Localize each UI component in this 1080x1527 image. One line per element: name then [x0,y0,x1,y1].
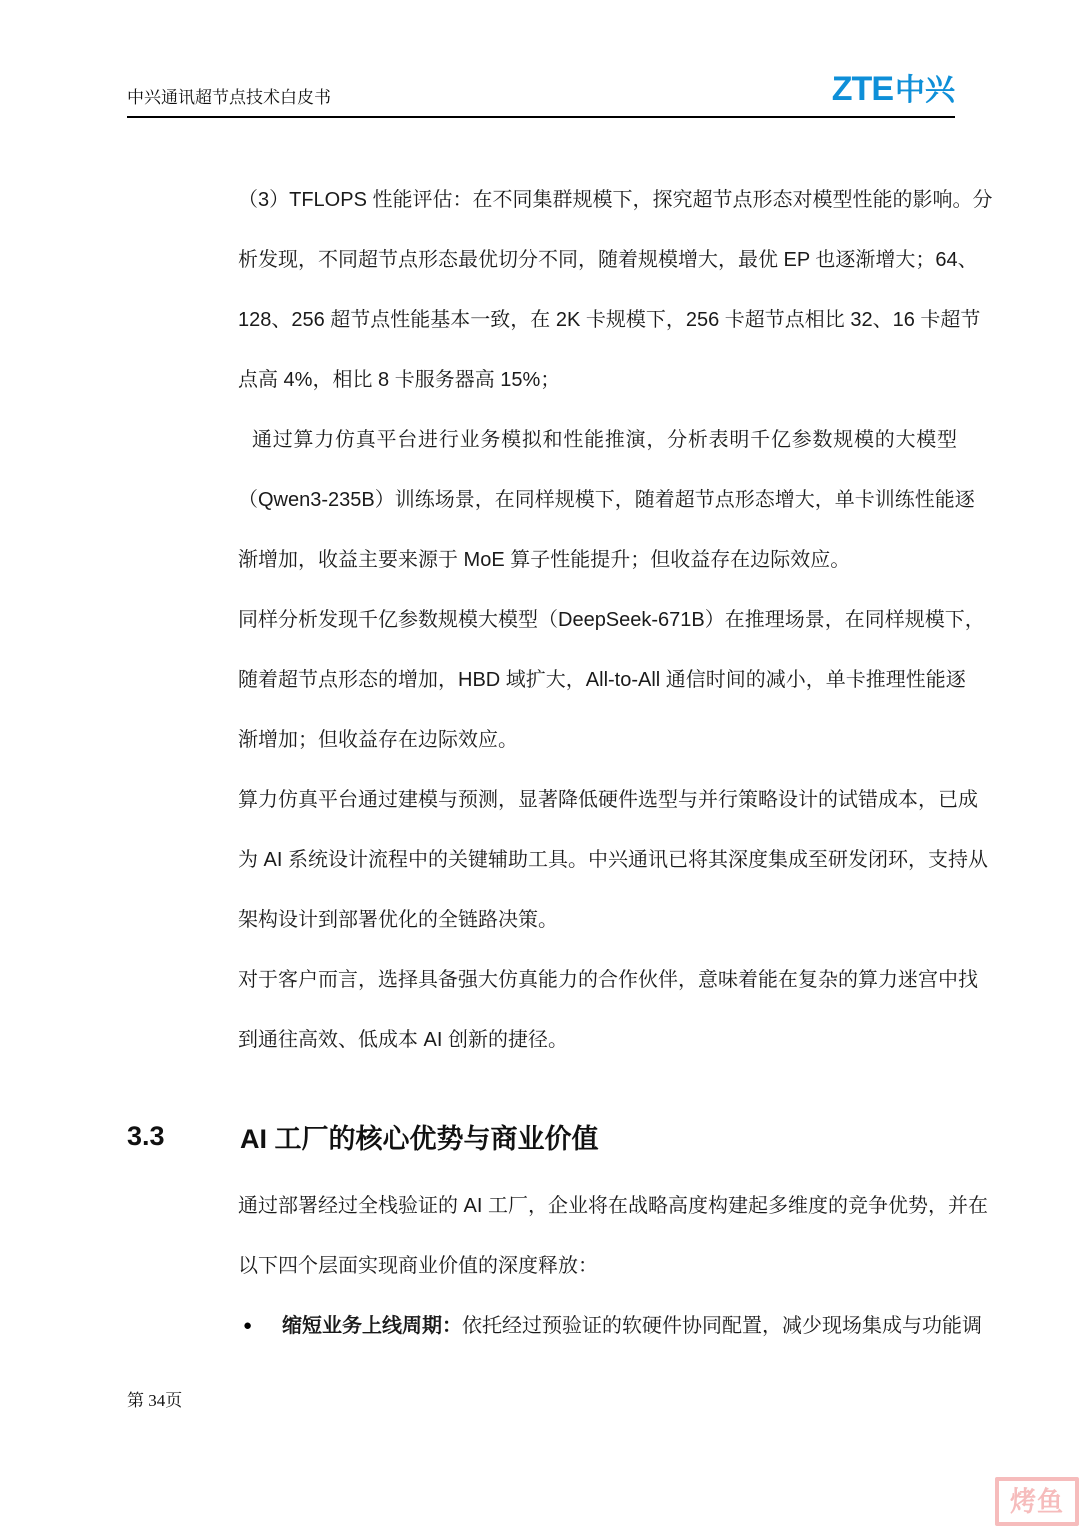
section-title: AI 工厂的核心优势与商业价值 [240,1117,955,1156]
paragraph-line: 析发现，不同超节点形态最优切分不同，随着规模增大，最优 EP 也逐渐增大；64、 [238,230,957,290]
bullet-label: 缩短业务上线周期 [282,1315,442,1337]
paragraph-line: 架构设计到部署优化的全链路决策。 [238,890,957,950]
bullet-separator: ： [442,1315,462,1337]
paragraph-line: （3）TFLOPS 性能评估：在不同集群规模下，探究超节点形态对模型性能的影响。… [238,170,957,230]
zte-logo-latin-text: ZTE [832,70,893,108]
section-heading: 3.3 AI 工厂的核心优势与商业价值 [127,1112,955,1160]
paragraph-line: 渐增加，收益主要来源于 MoE 算子性能提升；但收益存在边际效应。 [238,530,957,590]
zte-logo-cjk-text: 中兴 [895,74,955,107]
header-document-title: 中兴通讯超节点技术白皮书 [127,83,331,108]
header-divider [127,116,955,118]
paragraph-line: 为 AI 系统设计流程中的关键辅助工具。中兴通讯已将其深度集成至研发闭环，支持从 [238,830,957,890]
paragraph: （3）TFLOPS 性能评估：在不同集群规模下，探究超节点形态对模型性能的影响。… [238,170,957,410]
paragraph: 同样分析发现千亿参数规模大模型（DeepSeek-671B）在推理场景，在同样规… [238,590,957,770]
document-body: （3）TFLOPS 性能评估：在不同集群规模下，探究超节点形态对模型性能的影响。… [238,170,957,1070]
paragraph: 算力仿真平台通过建模与预测，显著降低硬件选型与并行策略设计的试错成本，已成 为 … [238,770,957,950]
page-number: 第 34页 [127,1386,182,1411]
section-number: 3.3 [127,1121,240,1152]
paragraph: 对于客户而言，选择具备强大仿真能力的合作伙伴，意味着能在复杂的算力迷宫中找 到通… [238,950,957,1070]
paragraph-line: 渐增加；但收益存在边际效应。 [238,710,957,770]
paragraph-line: 算力仿真平台通过建模与预测，显著降低硬件选型与并行策略设计的试错成本，已成 [238,770,957,830]
bullet-item: ● 缩短业务上线周期：依托经过预验证的软硬件协同配置，减少现场集成与功能调 [238,1296,957,1356]
zte-logo: ZTE中兴 [832,70,955,115]
post-heading-paragraph: 通过部署经过全栈验证的 AI 工厂，企业将在战略高度构建起多维度的竞争优势，并在… [238,1176,957,1296]
document-page: 中兴通讯超节点技术白皮书 ZTE中兴 （3）TFLOPS 性能评估：在不同集群规… [0,0,1080,1527]
bullet-marker-icon: ● [238,1296,282,1356]
paragraph-line: 通过部署经过全栈验证的 AI 工厂，企业将在战略高度构建起多维度的竞争优势，并在 [238,1176,957,1236]
paragraph: 通过算力仿真平台进行业务模拟和性能推演，分析表明千亿参数规模的大模型 （Qwen… [238,410,957,590]
seal-stamp-text: 烤鱼 [1010,1488,1064,1515]
paragraph-line: 同样分析发现千亿参数规模大模型（DeepSeek-671B）在推理场景，在同样规… [238,590,957,650]
paragraph-line: 随着超节点形态的增加，HBD 域扩大，All-to-All 通信时间的减小，单卡… [238,650,957,710]
paragraph-line: 点高 4%，相比 8 卡服务器高 15%； [238,350,957,410]
bullet-text-line: 缩短业务上线周期：依托经过预验证的软硬件协同配置，减少现场集成与功能调 [282,1296,982,1356]
seal-stamp: 烤鱼 [995,1477,1079,1526]
paragraph-line: 128、256 超节点性能基本一致，在 2K 卡规模下，256 卡超节点相比 3… [238,290,957,350]
paragraph-line: 对于客户而言，选择具备强大仿真能力的合作伙伴，意味着能在复杂的算力迷宫中找 [238,950,957,1010]
paragraph-line: 到通往高效、低成本 AI 创新的捷径。 [238,1010,957,1070]
bullet-text: 依托经过预验证的软硬件协同配置，减少现场集成与功能调 [462,1315,982,1337]
paragraph-line: 以下四个层面实现商业价值的深度释放： [238,1236,957,1296]
paragraph-line: 通过算力仿真平台进行业务模拟和性能推演，分析表明千亿参数规模的大模型 [238,410,957,470]
paragraph-line: （Qwen3-235B）训练场景，在同样规模下，随着超节点形态增大，单卡训练性能… [238,470,957,530]
